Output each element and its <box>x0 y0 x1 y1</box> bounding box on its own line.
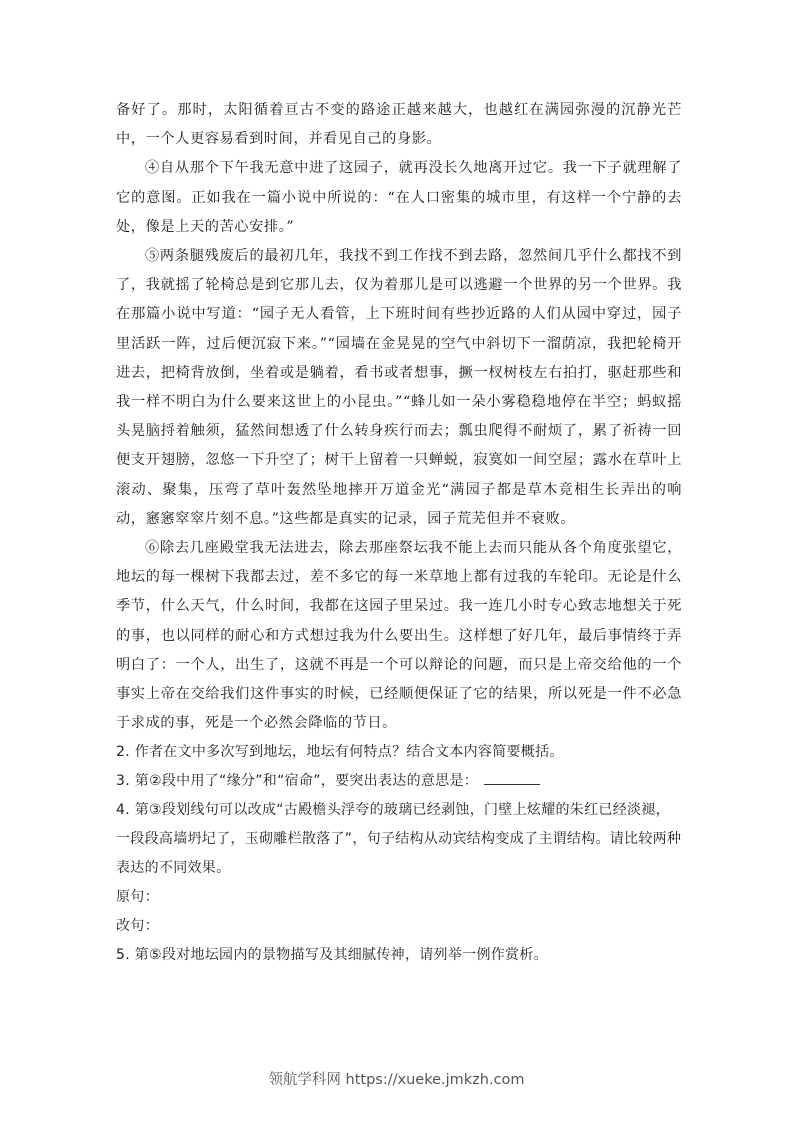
question-5: 5. 第⑤段对地坛园内的景物描写及其细腻传神，请列举一例作赏析。 <box>116 941 682 970</box>
revised-sentence-label: 改句： <box>116 912 682 941</box>
question-4: 4. 第③段划线句可以改成“古殿檐头浮夸的玻璃已经剥蚀，门壁上炫耀的朱红已经淡褪… <box>116 796 682 883</box>
paragraph-4: ④自从那个下午我无意中进了这园子，就再没长久地离开过它。我一下子就理解了它的意图… <box>116 154 682 242</box>
question-3-text: 3. 第②段中用了“缘分”和“宿命”，要突出表达的意思是： <box>116 773 478 789</box>
footer-watermark: 领航学科网 https://xueke.jmkzh.com <box>0 1068 793 1089</box>
question-3: 3. 第②段中用了“缘分”和“宿命”，要突出表达的意思是： <box>116 767 682 796</box>
question-2: 2. 作者在文中多次写到地坛，地坛有何特点？结合文本内容简要概括。 <box>116 738 682 767</box>
paragraph-5: ⑤两条腿残废后的最初几年，我找不到工作找不到去路，忽然间几乎什么都找不到了，我就… <box>116 242 682 534</box>
answer-blank <box>484 770 540 785</box>
document-page: 备好了。那时，太阳循着亘古不变的路途正越来越大，也越红在满园弥漫的沉静光芒中，一… <box>116 96 682 970</box>
paragraph-3-tail: 备好了。那时，太阳循着亘古不变的路途正越来越大，也越红在满园弥漫的沉静光芒中，一… <box>116 96 682 154</box>
original-sentence-label: 原句： <box>116 883 682 912</box>
paragraph-6: ⑥除去几座殿堂我无法进去，除去那座祭坛我不能上去而只能从各个角度张望它，地坛的每… <box>116 534 682 738</box>
